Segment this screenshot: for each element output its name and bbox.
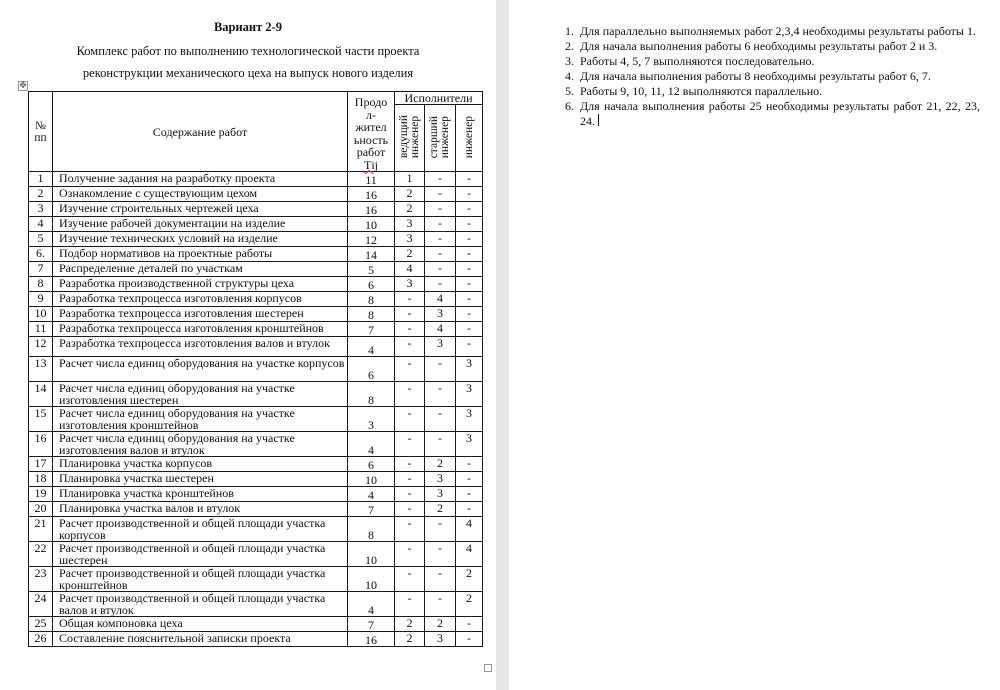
header-duration-line: жител — [348, 121, 394, 134]
row-engineer: - — [456, 277, 483, 292]
row-senior-engineer: - — [425, 592, 456, 617]
row-num: 11 — [29, 322, 53, 337]
row-duration: 3 — [348, 407, 395, 432]
row-lead-engineer: - — [395, 432, 425, 457]
row-senior-engineer: 4 — [425, 292, 456, 307]
row-num: 15 — [29, 407, 53, 432]
table-row: 18Планировка участка шестерен10-3- — [29, 472, 483, 487]
row-name: Расчет производственной и общей площади … — [53, 567, 348, 592]
row-duration: 10 — [348, 217, 395, 232]
row-num: 26 — [29, 632, 53, 647]
row-name: Планировка участка валов и втулок — [53, 502, 348, 517]
row-name: Получение задания на разработку проекта — [53, 172, 348, 187]
row-num: 2 — [29, 187, 53, 202]
note-number: 1. — [565, 24, 574, 39]
row-senior-engineer: 4 — [425, 322, 456, 337]
row-name: Разработка техпроцесса изготовления шест… — [53, 307, 348, 322]
header-duration-symbol: Тij — [348, 159, 394, 172]
table-move-handle-icon[interactable]: ✥ — [18, 81, 28, 91]
header-senior-engineer: старший инженер — [425, 105, 456, 172]
row-engineer: - — [456, 217, 483, 232]
row-name: Изучение строительных чертежей цеха — [53, 202, 348, 217]
row-engineer: - — [456, 457, 483, 472]
row-engineer: - — [456, 262, 483, 277]
row-duration: 16 — [348, 202, 395, 217]
note-text: Для начала выполнения работы 6 необходим… — [580, 39, 937, 53]
row-senior-engineer: - — [425, 432, 456, 457]
row-name: Разработка техпроцесса изготовления вало… — [53, 337, 348, 357]
row-engineer: 4 — [456, 542, 483, 567]
row-engineer: - — [456, 322, 483, 337]
row-num: 20 — [29, 502, 53, 517]
row-duration: 8 — [348, 382, 395, 407]
row-num: 25 — [29, 617, 53, 632]
table-row: 5Изучение технических условий на изделие… — [29, 232, 483, 247]
row-name: Расчет числа единиц оборудования на учас… — [53, 432, 348, 457]
row-senior-engineer: - — [425, 382, 456, 407]
row-engineer: - — [456, 187, 483, 202]
note-item: 4.Для начала выполнения работы 8 необход… — [565, 69, 980, 84]
note-item: 2.Для начала выполнения работы 6 необход… — [565, 39, 980, 54]
table-row: 13Расчет числа единиц оборудования на уч… — [29, 357, 483, 382]
row-num: 6. — [29, 247, 53, 262]
row-num: 4 — [29, 217, 53, 232]
row-engineer: 3 — [456, 382, 483, 407]
row-lead-engineer: - — [395, 337, 425, 357]
row-senior-engineer: 3 — [425, 307, 456, 322]
row-senior-engineer: 3 — [425, 472, 456, 487]
row-duration: 16 — [348, 632, 395, 647]
note-item: 1.Для параллельно выполняемых работ 2,3,… — [565, 24, 980, 39]
table-row: 4Изучение рабочей документации на издели… — [29, 217, 483, 232]
table-row: 11Разработка техпроцесса изготовления кр… — [29, 322, 483, 337]
row-duration: 8 — [348, 292, 395, 307]
row-lead-engineer: - — [395, 542, 425, 567]
row-lead-engineer: 3 — [395, 277, 425, 292]
table-row: 6.Подбор нормативов на проектные работы1… — [29, 247, 483, 262]
row-senior-engineer: - — [425, 542, 456, 567]
table-row: 20Планировка участка валов и втулок7-2- — [29, 502, 483, 517]
row-name: Расчет числа единиц оборудования на учас… — [53, 357, 348, 382]
row-senior-engineer: - — [425, 247, 456, 262]
row-senior-engineer: - — [425, 567, 456, 592]
table-row: 2Ознакомление с существующим цехом162-- — [29, 187, 483, 202]
row-num: 24 — [29, 592, 53, 617]
row-duration: 11 — [348, 172, 395, 187]
row-duration: 16 — [348, 187, 395, 202]
row-num: 17 — [29, 457, 53, 472]
table-row: 8Разработка производственной структуры ц… — [29, 277, 483, 292]
row-name: Разработка техпроцесса изготовления крон… — [53, 322, 348, 337]
row-senior-engineer: - — [425, 357, 456, 382]
row-name: Составление пояснительной записки проект… — [53, 632, 348, 647]
document-title: Вариант 2-9 — [0, 20, 496, 35]
row-engineer: - — [456, 307, 483, 322]
row-duration: 4 — [348, 432, 395, 457]
row-engineer: - — [456, 202, 483, 217]
row-lead-engineer: - — [395, 502, 425, 517]
table-row: 25Общая компоновка цеха722- — [29, 617, 483, 632]
header-num-label: № пп — [34, 120, 46, 144]
row-num: 3 — [29, 202, 53, 217]
table-row: 23Расчет производственной и общей площад… — [29, 567, 483, 592]
table-row: 14Расчет числа единиц оборудования на уч… — [29, 382, 483, 407]
row-engineer: - — [456, 502, 483, 517]
row-senior-engineer: - — [425, 262, 456, 277]
document-subtitle-line2: реконструкции механического цеха на выпу… — [0, 66, 496, 81]
note-number: 3. — [565, 54, 574, 69]
row-duration: 10 — [348, 472, 395, 487]
row-duration: 6 — [348, 277, 395, 292]
row-senior-engineer: - — [425, 277, 456, 292]
row-lead-engineer: - — [395, 472, 425, 487]
row-name: Расчет числа единиц оборудования на учас… — [53, 407, 348, 432]
row-name: Изучение технических условий на изделие — [53, 232, 348, 247]
table-row: 15Расчет числа единиц оборудования на уч… — [29, 407, 483, 432]
row-num: 22 — [29, 542, 53, 567]
header-num: № пп — [29, 92, 53, 172]
note-text: Для начала выполнения работы 25 необходи… — [580, 99, 980, 128]
row-name: Разработка техпроцесса изготовления корп… — [53, 292, 348, 307]
row-lead-engineer: - — [395, 322, 425, 337]
table-row: 17Планировка участка корпусов6-2- — [29, 457, 483, 472]
row-senior-engineer: 2 — [425, 617, 456, 632]
row-name: Расчет производственной и общей площади … — [53, 592, 348, 617]
row-name: Расчет числа единиц оборудования на учас… — [53, 382, 348, 407]
row-senior-engineer: - — [425, 407, 456, 432]
row-lead-engineer: - — [395, 592, 425, 617]
row-duration: 7 — [348, 617, 395, 632]
row-duration: 10 — [348, 567, 395, 592]
row-num: 1 — [29, 172, 53, 187]
row-lead-engineer: - — [395, 357, 425, 382]
row-engineer: - — [456, 617, 483, 632]
table-row: 1Получение задания на разработку проекта… — [29, 172, 483, 187]
row-duration: 6 — [348, 457, 395, 472]
row-duration: 7 — [348, 322, 395, 337]
row-engineer: 4 — [456, 517, 483, 542]
header-engineer-label: инженер — [464, 116, 475, 158]
row-duration: 10 — [348, 542, 395, 567]
note-text: Для начала выполнения работы 8 необходим… — [580, 69, 931, 83]
row-engineer: - — [456, 232, 483, 247]
note-number: 5. — [565, 84, 574, 99]
row-name: Расчет производственной и общей площади … — [53, 517, 348, 542]
row-name: Изучение рабочей документации на изделие — [53, 217, 348, 232]
notes-list: 1.Для параллельно выполняемых работ 2,3,… — [565, 24, 980, 129]
row-num: 5 — [29, 232, 53, 247]
row-engineer: - — [456, 247, 483, 262]
row-name: Общая компоновка цеха — [53, 617, 348, 632]
row-senior-engineer: 3 — [425, 632, 456, 647]
row-engineer: 2 — [456, 592, 483, 617]
row-name: Ознакомление с существующим цехом — [53, 187, 348, 202]
row-num: 19 — [29, 487, 53, 502]
table-row: 19Планировка участка кронштейнов4-3- — [29, 487, 483, 502]
row-senior-engineer: - — [425, 217, 456, 232]
note-number: 4. — [565, 69, 574, 84]
row-senior-engineer: - — [425, 517, 456, 542]
row-num: 9 — [29, 292, 53, 307]
header-executors: Исполнители — [395, 92, 483, 105]
table-row: 26Составление пояснительной записки прое… — [29, 632, 483, 647]
row-name: Расчет производственной и общей площади … — [53, 542, 348, 567]
table-row: 22Расчет производственной и общей площад… — [29, 542, 483, 567]
row-lead-engineer: - — [395, 292, 425, 307]
row-lead-engineer: 3 — [395, 232, 425, 247]
text-cursor — [598, 114, 599, 126]
row-lead-engineer: - — [395, 567, 425, 592]
row-engineer: 3 — [456, 432, 483, 457]
note-item: 5.Работы 9, 10, 11, 12 выполняются парал… — [565, 84, 980, 99]
row-num: 8 — [29, 277, 53, 292]
row-duration: 6 — [348, 357, 395, 382]
row-engineer: - — [456, 472, 483, 487]
works-table: № пп Содержание работ Продо л- жител ьно… — [28, 91, 483, 647]
table-row: 21Расчет производственной и общей площад… — [29, 517, 483, 542]
note-item: 6.Для начала выполнения работы 25 необхо… — [565, 99, 980, 129]
table-row: 10Разработка техпроцесса изготовления ше… — [29, 307, 483, 322]
row-lead-engineer: 2 — [395, 632, 425, 647]
table-row: 9Разработка техпроцесса изготовления кор… — [29, 292, 483, 307]
row-senior-engineer: 2 — [425, 457, 456, 472]
row-name: Планировка участка корпусов — [53, 457, 348, 472]
row-duration: 4 — [348, 487, 395, 502]
row-num: 18 — [29, 472, 53, 487]
header-duration-line: Продо — [348, 96, 394, 109]
header-lead-engineer: ведущий инженер — [395, 105, 425, 172]
row-lead-engineer: - — [395, 407, 425, 432]
row-num: 21 — [29, 517, 53, 542]
row-lead-engineer: 4 — [395, 262, 425, 277]
row-name: Разработка производственной структуры це… — [53, 277, 348, 292]
row-name: Подбор нормативов на проектные работы — [53, 247, 348, 262]
table-row: 12Разработка техпроцесса изготовления ва… — [29, 337, 483, 357]
header-duration: Продо л- жител ьность работ Тij — [348, 92, 395, 172]
row-engineer: 3 — [456, 357, 483, 382]
row-duration: 7 — [348, 502, 395, 517]
row-senior-engineer: - — [425, 232, 456, 247]
header-lead-engineer-label: ведущий инженер — [399, 115, 421, 158]
row-senior-engineer: - — [425, 172, 456, 187]
row-duration: 14 — [348, 247, 395, 262]
table-resize-handle[interactable] — [484, 664, 492, 672]
row-engineer: 3 — [456, 407, 483, 432]
row-senior-engineer: - — [425, 202, 456, 217]
row-engineer: - — [456, 292, 483, 307]
row-num: 10 — [29, 307, 53, 322]
row-name: Планировка участка кронштейнов — [53, 487, 348, 502]
row-duration: 4 — [348, 337, 395, 357]
row-lead-engineer: - — [395, 487, 425, 502]
row-senior-engineer: 2 — [425, 502, 456, 517]
note-item: 3.Работы 4, 5, 7 выполняются последовате… — [565, 54, 980, 69]
row-num: 16 — [29, 432, 53, 457]
row-duration: 4 — [348, 592, 395, 617]
row-lead-engineer: 3 — [395, 217, 425, 232]
row-lead-engineer: 1 — [395, 172, 425, 187]
row-lead-engineer: - — [395, 382, 425, 407]
row-duration: 8 — [348, 307, 395, 322]
row-num: 7 — [29, 262, 53, 277]
row-lead-engineer: 2 — [395, 202, 425, 217]
note-text: Работы 9, 10, 11, 12 выполняются паралле… — [580, 84, 822, 98]
row-duration: 8 — [348, 517, 395, 542]
table-row: 3Изучение строительных чертежей цеха162-… — [29, 202, 483, 217]
note-number: 2. — [565, 39, 574, 54]
row-num: 12 — [29, 337, 53, 357]
row-num: 23 — [29, 567, 53, 592]
note-text: Работы 4, 5, 7 выполняются последователь… — [580, 54, 815, 68]
row-lead-engineer: 2 — [395, 247, 425, 262]
row-lead-engineer: - — [395, 307, 425, 322]
table-row: 16Расчет числа единиц оборудования на уч… — [29, 432, 483, 457]
header-engineer: инженер — [456, 105, 483, 172]
row-lead-engineer: 2 — [395, 187, 425, 202]
header-name: Содержание работ — [53, 92, 348, 172]
row-senior-engineer: - — [425, 187, 456, 202]
row-senior-engineer: 3 — [425, 337, 456, 357]
row-duration: 12 — [348, 232, 395, 247]
note-number: 6. — [565, 99, 574, 114]
row-senior-engineer: 3 — [425, 487, 456, 502]
row-engineer: - — [456, 337, 483, 357]
row-name: Планировка участка шестерен — [53, 472, 348, 487]
row-engineer: - — [456, 632, 483, 647]
document-subtitle-line1: Комплекс работ по выполнению технологиче… — [0, 44, 496, 59]
row-engineer: - — [456, 487, 483, 502]
row-lead-engineer: - — [395, 457, 425, 472]
table-row: 24Расчет производственной и общей площад… — [29, 592, 483, 617]
row-engineer: 2 — [456, 567, 483, 592]
row-lead-engineer: 2 — [395, 617, 425, 632]
row-num: 13 — [29, 357, 53, 382]
header-duration-line: работ — [348, 146, 394, 159]
row-duration: 5 — [348, 262, 395, 277]
header-senior-engineer-label: старший инженер — [429, 116, 451, 158]
row-lead-engineer: - — [395, 517, 425, 542]
table-row: 7Распределение деталей по участкам54-- — [29, 262, 483, 277]
row-num: 14 — [29, 382, 53, 407]
note-text: Для параллельно выполняемых работ 2,3,4 … — [580, 24, 976, 38]
row-name: Распределение деталей по участкам — [53, 262, 348, 277]
row-engineer: - — [456, 172, 483, 187]
